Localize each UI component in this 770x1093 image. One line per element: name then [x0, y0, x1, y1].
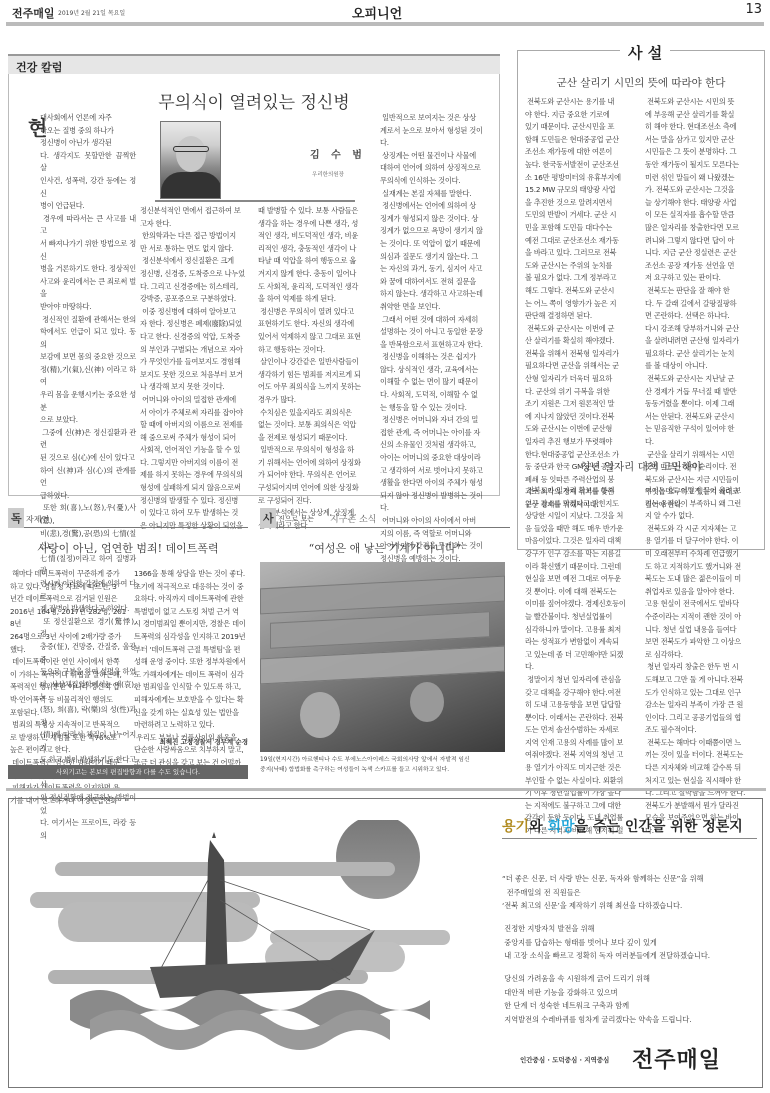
author-suit — [161, 172, 221, 199]
scarf — [270, 611, 490, 649]
header-big-letter: 사 — [263, 510, 274, 526]
protester-face — [300, 692, 340, 738]
pen-ship-illustration — [30, 820, 470, 1060]
photo-divider — [155, 200, 355, 202]
header-big-letter: 독 — [11, 510, 22, 526]
slogan-hope: 희망 — [547, 819, 574, 835]
section-title: 오피니언 — [352, 3, 402, 22]
scarf — [260, 576, 505, 615]
header-rest: 지구촌 소식 — [330, 512, 376, 525]
ad-paragraph-1: “더 좋은 신문, 더 사랑 받는 신문, 독자와 함께하는 신문”을 위해 전… — [502, 872, 704, 913]
editorial2-text-2: 어지는데도 어떻게 끌어 올려 보 려는 움직임이 부족하니 왜 그런 지 알 … — [645, 485, 757, 838]
health-column-text-2: 정신분석적인 면에서 접근하여 보 고자 한다. 한의학과는 다른 접근 방법이… — [140, 205, 252, 532]
health-column-label: 건강 칼럼 — [16, 59, 62, 75]
glasses-icon — [173, 146, 209, 152]
ad-paragraph-2: 진정한 지방자치 발전을 위해 중앙지를 답습하는 형태를 벗어나 보다 깊이 … — [502, 922, 710, 963]
masthead-brand: 전주매일 — [12, 5, 55, 21]
protest-photo — [260, 562, 505, 752]
slogan-rest: 을 주는 인간을 위한 정론지 — [575, 819, 743, 835]
editorial-title: 군산 살리기 시민의 뜻에 따라야 한다 — [517, 75, 765, 90]
ad-slogan: 용기와 희망을 주는 인간을 위한 정론지 — [502, 816, 743, 836]
section-divider — [6, 788, 766, 791]
photo-caption: 19일(현지시간) 아르헨티나 수도 부에노스아이레스 국회의사당 앞에서 자발… — [260, 755, 510, 775]
author-role: 우리한의원장 — [312, 170, 344, 178]
header-rest: 자제언 — [26, 514, 49, 525]
editorial-text-2: 전북도와 군산시는 시민의 뜻 에 부응해 군산 살리기를 확실 히 해야 한다… — [645, 96, 757, 512]
masthead-date: 2019년 2월 21일 목요일 — [58, 8, 125, 17]
health-column-text-4: 일반적으로 보여지는 것은 상상 계로서 눈으로 보아서 형성된 것이 다. 상… — [380, 112, 492, 565]
slogan-and: 와 — [529, 819, 547, 835]
slogan-courage: 용기 — [502, 819, 529, 835]
ad-divider — [502, 838, 757, 839]
masthead-divider — [6, 22, 764, 26]
contributor-disclaimer: 사외기고는 본보의 편집방향과 다를 수도 있습니다. — [8, 765, 248, 779]
author-face — [176, 136, 206, 172]
ad-brand-logo: 전주매일 — [632, 1043, 721, 1074]
editorial2-title: 청년 일자리 대책 고민해야 — [517, 459, 765, 474]
health-column-text-3: 때 발병할 수 있다. 보통 사람들은 생각을 하는 경우에 나쁜 생각, 성 … — [258, 205, 370, 532]
author-photo — [160, 121, 221, 199]
page-number: 13 — [745, 2, 762, 17]
reader-column-header: 독 자제언 — [8, 508, 248, 528]
author-name: 김 수 범 — [310, 146, 366, 161]
editorial-masthead: 사 설 — [620, 42, 670, 63]
ad-paragraph-3: 당신의 가려움을 속 시원하게 긁어 드리기 위해 대안적 비판 기능을 강화하… — [502, 972, 692, 1026]
reader-column-text-2: 1366을 통해 상담을 받는 것이 좋다. 초기에 적극적으로 대응하는 것이… — [134, 568, 248, 782]
reader-column-title: 사랑이 아닌, 엄연한 범죄! 데이트폭력 — [8, 540, 248, 556]
scarf — [260, 646, 505, 685]
ad-tagline: 인간중심 · 도덕중심 · 지역중심 — [520, 1055, 609, 1064]
editorial-text-1: 전북도와 군산시는 용기를 내 야 한다. 지금 중요한 기로에 있기 때문이다… — [525, 96, 635, 512]
header-small: 진으로 보는 — [278, 514, 314, 524]
editorial2-text-1: 전북도가 일자리 확보를 통해 인구 감소를 막겠다고 밝힌지도 상당한 시일이… — [525, 485, 635, 838]
health-column-header: 건강 칼럼 — [8, 54, 500, 74]
reader-column-byline: 최혜진 고창경찰서 경무계 순경 — [150, 737, 248, 746]
health-column-title: 무의식이 열려있는 정신병 — [8, 88, 500, 113]
photo-news-header: 사 진으로 보는 지구촌 소식 — [260, 508, 510, 528]
photo-news-title: “여성은 애 낳는 기계가 아니다” — [260, 540, 510, 556]
protester-face — [410, 682, 444, 722]
